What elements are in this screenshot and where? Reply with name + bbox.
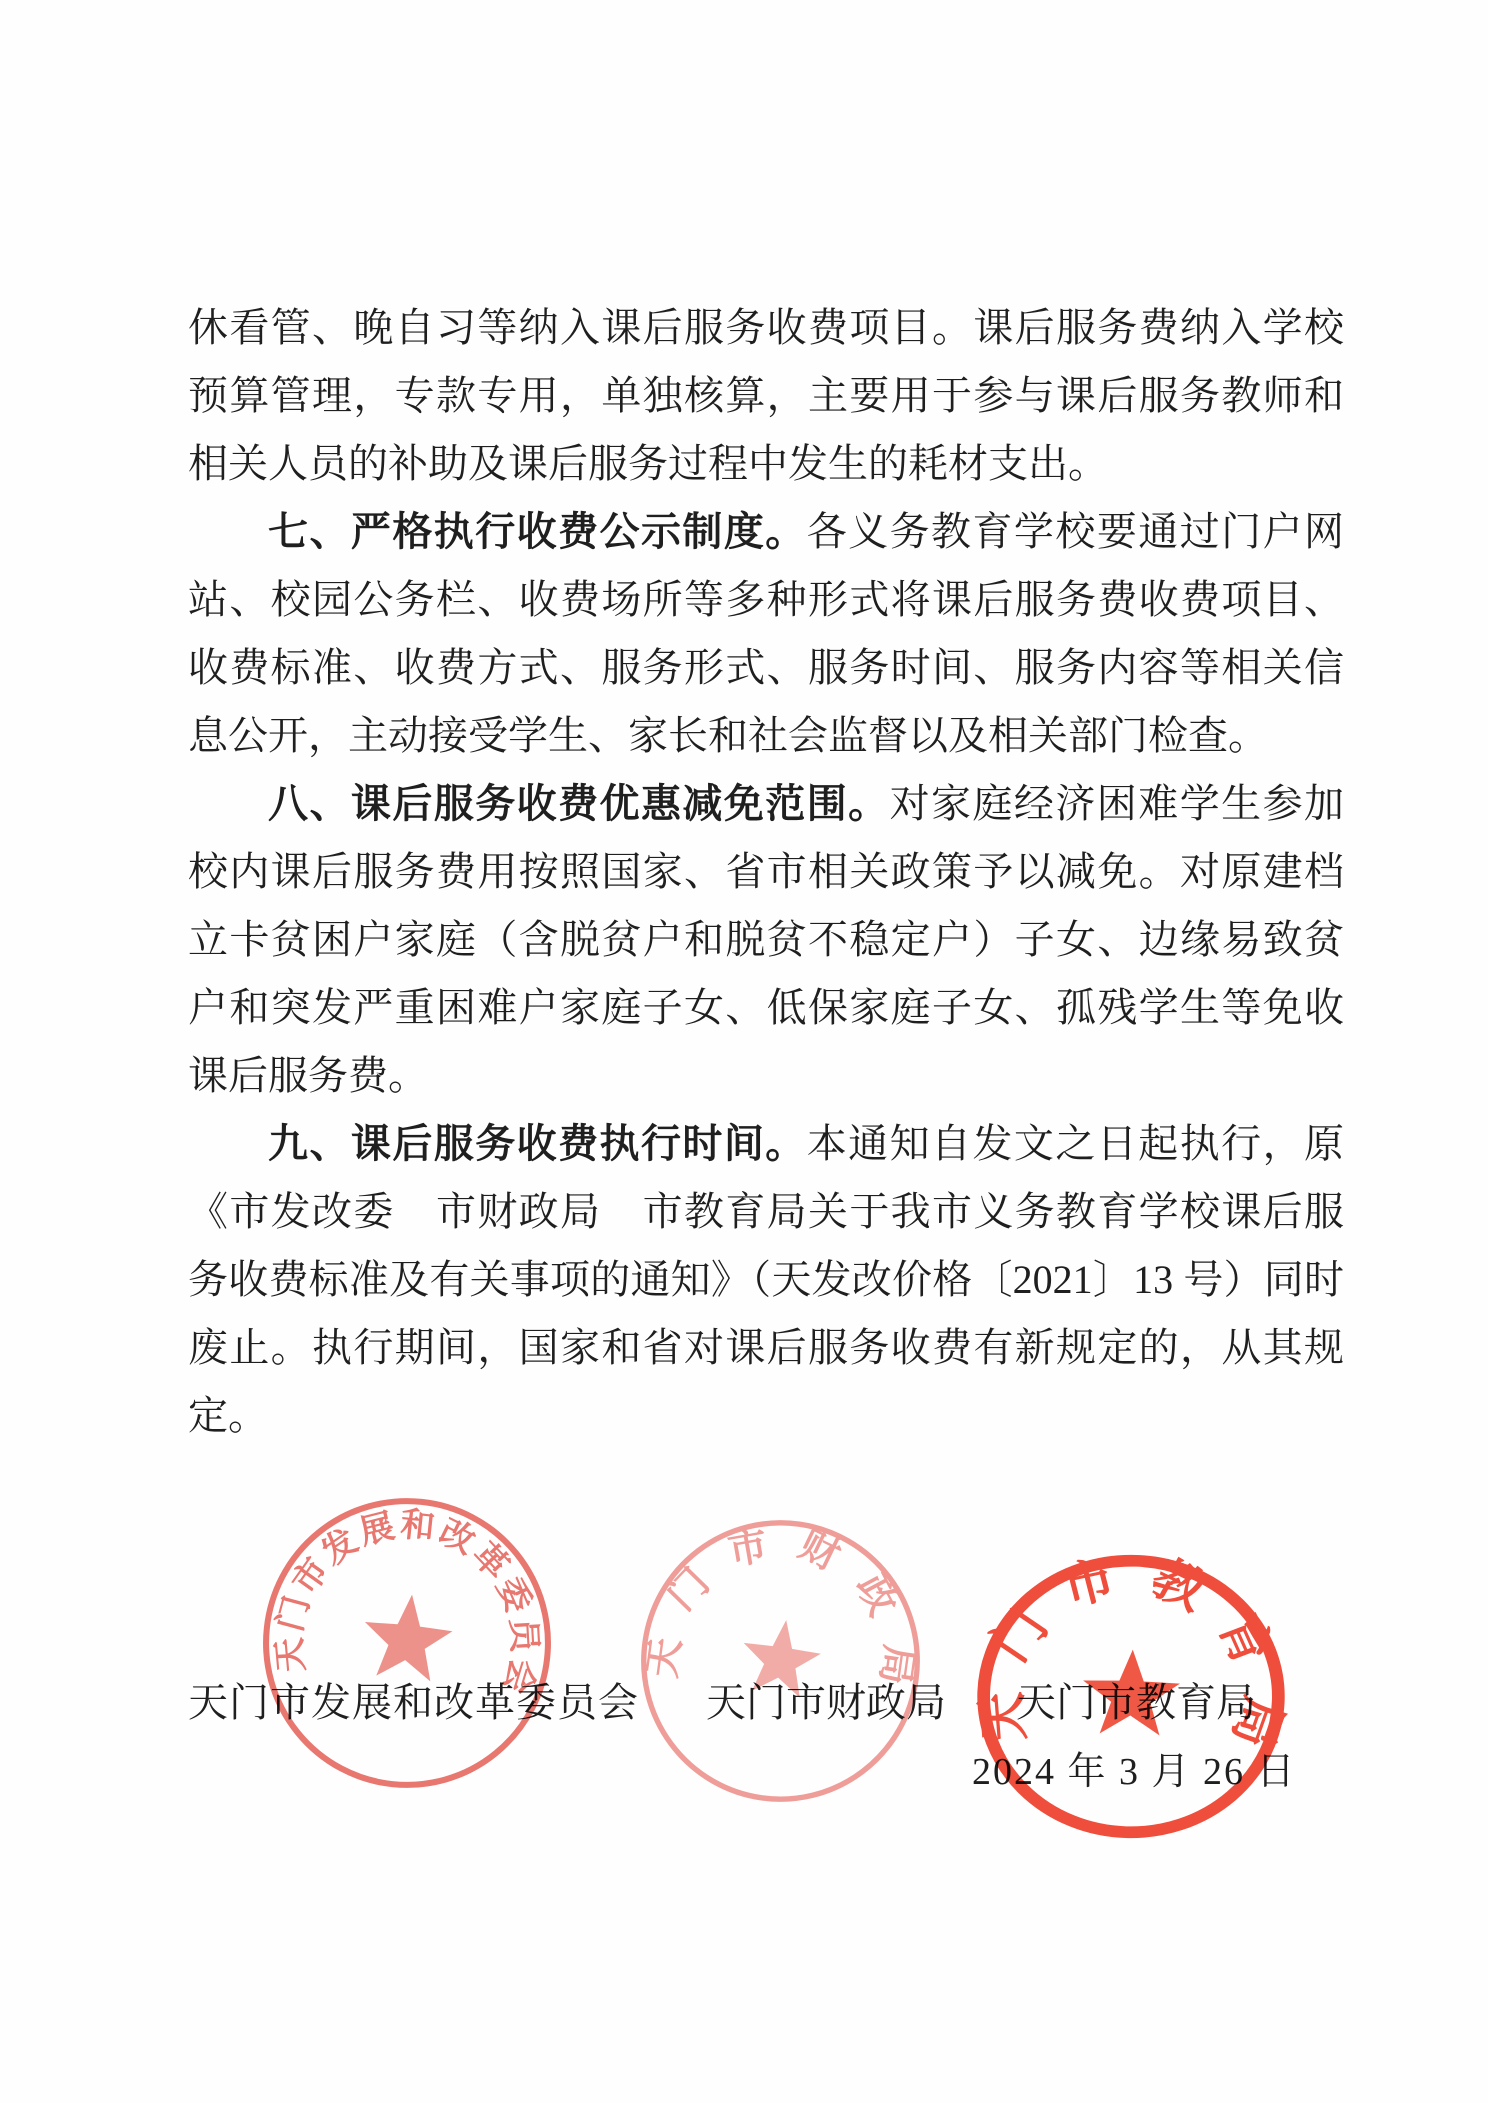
seal-arc-text: 天门市财政局 bbox=[640, 1513, 927, 1713]
seal-group: 天门市财政局 bbox=[634, 1513, 927, 1809]
paragraph-heading: 八、课后服务收费优惠减免范围。 bbox=[268, 782, 890, 826]
paragraph-text: 休看管、晚自习等纳入课后服务收费项目。课后服务费纳入学校预算管理，专款专用，单独… bbox=[188, 305, 1344, 486]
star-icon bbox=[360, 1590, 456, 1683]
paragraph-text: 对家庭经济困难学生参加校内课后服务费用按照国家、省市相关政策予以减免。对原建档立… bbox=[188, 781, 1344, 1098]
paragraph-text: 本通知自发文之日起执行，原《市发改委 市财政局 市教育局关于我市义务教育学校课后… bbox=[188, 1121, 1344, 1438]
document-body: 休看管、晚自习等纳入课后服务收费项目。课后服务费纳入学校预算管理，专款专用，单独… bbox=[188, 294, 1344, 1450]
seal-group: 天门市发展和改革委员会 bbox=[256, 1491, 558, 1795]
scanned-document-page: 休看管、晚自习等纳入课后服务收费项目。课后服务费纳入学校预算管理，专款专用，单独… bbox=[0, 0, 1488, 2103]
paragraph-item-7: 七、严格执行收费公示制度。各义务教育学校要通过门户网站、校园公务栏、收费场所等多… bbox=[188, 498, 1344, 770]
paragraph-heading: 七、严格执行收费公示制度。 bbox=[268, 510, 807, 554]
official-seal-education-bureau: 天门市教育局 bbox=[972, 1550, 1290, 1843]
paragraph-continuation: 休看管、晚自习等纳入课后服务收费项目。课后服务费纳入学校预算管理，专款专用，单独… bbox=[188, 294, 1344, 498]
seal-group: 天门市教育局 bbox=[972, 1550, 1290, 1837]
official-seal-finance-bureau: 天门市财政局 bbox=[634, 1513, 927, 1809]
official-seal-development-reform-commission: 天门市发展和改革委员会 bbox=[256, 1491, 558, 1795]
paragraph-item-9: 九、课后服务收费执行时间。本通知自发文之日起执行，原《市发改委 市财政局 市教育… bbox=[188, 1110, 1344, 1450]
star-icon bbox=[1081, 1648, 1181, 1736]
paragraph-heading: 九、课后服务收费执行时间。 bbox=[268, 1122, 807, 1166]
star-icon bbox=[737, 1614, 825, 1699]
paragraph-item-8: 八、课后服务收费优惠减免范围。对家庭经济困难学生参加校内课后服务费用按照国家、省… bbox=[188, 770, 1344, 1110]
